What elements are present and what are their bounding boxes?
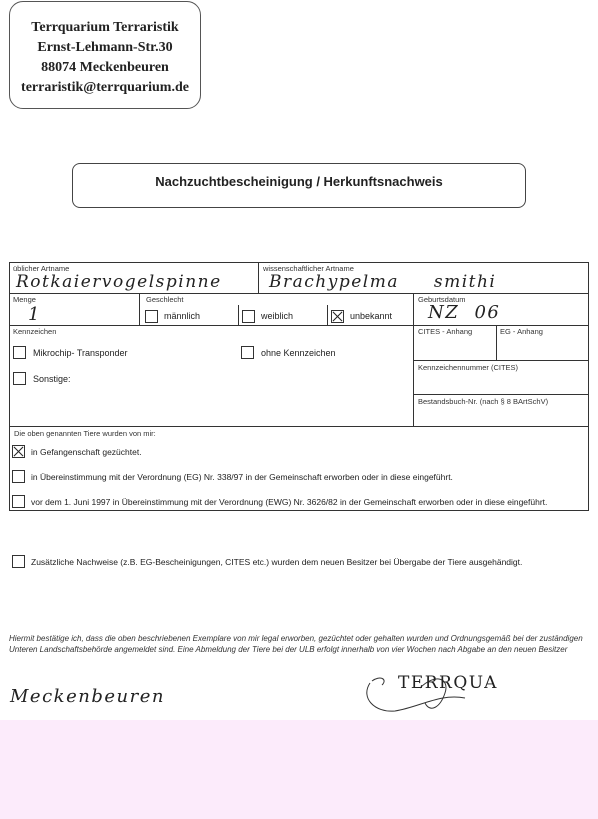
street: Ernst-Lehmann-Str.30 — [10, 38, 200, 58]
marking-label: Kennzeichen — [13, 327, 56, 336]
stock-book-field[interactable]: Bestandsbuch-Nr. (nach § 8 BArtSchV) — [413, 394, 589, 427]
cites-annex-label: CITES - Anhang — [418, 327, 472, 336]
eg-annex-label: EG - Anhang — [500, 327, 543, 336]
email: terraristik@terrquarium.de — [10, 78, 200, 98]
other-label: Sonstige: — [33, 374, 71, 384]
stock-book-label: Bestandsbuch-Nr. (nach § 8 BArtSchV) — [418, 397, 548, 406]
birth-date-field[interactable]: Geburtsdatum NZ 06 — [413, 293, 589, 326]
scientific-name-value: Brachypelma smithi — [269, 272, 496, 292]
company-name: Terrquarium Terraristik — [10, 18, 200, 38]
additional-proofs-label: Zusätzliche Nachweise (z.B. EG-Bescheini… — [31, 557, 522, 567]
divider — [327, 305, 328, 326]
cites-number-label: Kennzeichennummer (CITES) — [418, 363, 518, 372]
checkbox-captive-bred[interactable] — [12, 445, 25, 458]
stamp-text: TERRQUA — [398, 673, 498, 693]
divider — [238, 305, 239, 326]
captive-bred-label: in Gefangenschaft gezüchtet. — [31, 447, 142, 457]
address-box: Terrquarium Terraristik Ernst-Lehmann-St… — [9, 1, 201, 109]
birth-date-value: NZ 06 — [428, 302, 500, 323]
male-label: männlich — [164, 311, 200, 321]
city: 88074 Meckenbeuren — [10, 58, 200, 78]
checkbox-eg-338[interactable] — [12, 470, 25, 483]
checkbox-female[interactable] — [242, 310, 255, 323]
company-stamp: TERRQUA — [360, 673, 500, 723]
common-name-value: Rotkaiervogelspinne — [16, 272, 222, 292]
signature-place: Meckenbeuren — [10, 686, 165, 707]
quantity-value: 1 — [28, 304, 41, 325]
common-name-field[interactable]: üblicher Artname Rotkaiervogelspinne — [9, 262, 259, 294]
sex-label: Geschlecht — [146, 295, 184, 304]
microchip-label: Mikrochip- Transponder — [33, 348, 128, 358]
cites-annex-field[interactable]: CITES - Anhang — [413, 325, 497, 361]
checkbox-microchip[interactable] — [13, 346, 26, 359]
declaration-text: Hiermit bestätige ich, dass die oben bes… — [9, 633, 589, 655]
scientific-name-field[interactable]: wissenschaftlicher Artname Brachypelma s… — [258, 262, 589, 294]
female-label: weiblich — [261, 311, 293, 321]
checkbox-male[interactable] — [145, 310, 158, 323]
eg-338-label: in Übereinstimmung mit der Verordnung (E… — [31, 472, 453, 482]
checkbox-unknown[interactable] — [331, 310, 344, 323]
origin-label: Die oben genannten Tiere wurden von mir: — [14, 429, 156, 438]
ewg-3626-label: vor dem 1. Juni 1997 in Übereinstimmung … — [31, 497, 547, 507]
eg-annex-field[interactable]: EG - Anhang — [496, 325, 589, 361]
unknown-label: unbekannt — [350, 311, 392, 321]
no-marking-label: ohne Kennzeichen — [261, 348, 336, 358]
cites-number-field[interactable]: Kennzeichennummer (CITES) — [413, 360, 589, 395]
quantity-label: Menge — [13, 295, 36, 304]
document-title: Nachzuchtbescheinigung / Herkunftsnachwe… — [72, 163, 526, 208]
scan-overlay — [0, 720, 598, 819]
quantity-field[interactable]: Menge 1 — [9, 293, 140, 326]
checkbox-ewg-3626[interactable] — [12, 495, 25, 508]
checkbox-additional-proofs[interactable] — [12, 555, 25, 568]
sex-field: Geschlecht — [139, 293, 414, 326]
checkbox-other[interactable] — [13, 372, 26, 385]
checkbox-no-marking[interactable] — [241, 346, 254, 359]
